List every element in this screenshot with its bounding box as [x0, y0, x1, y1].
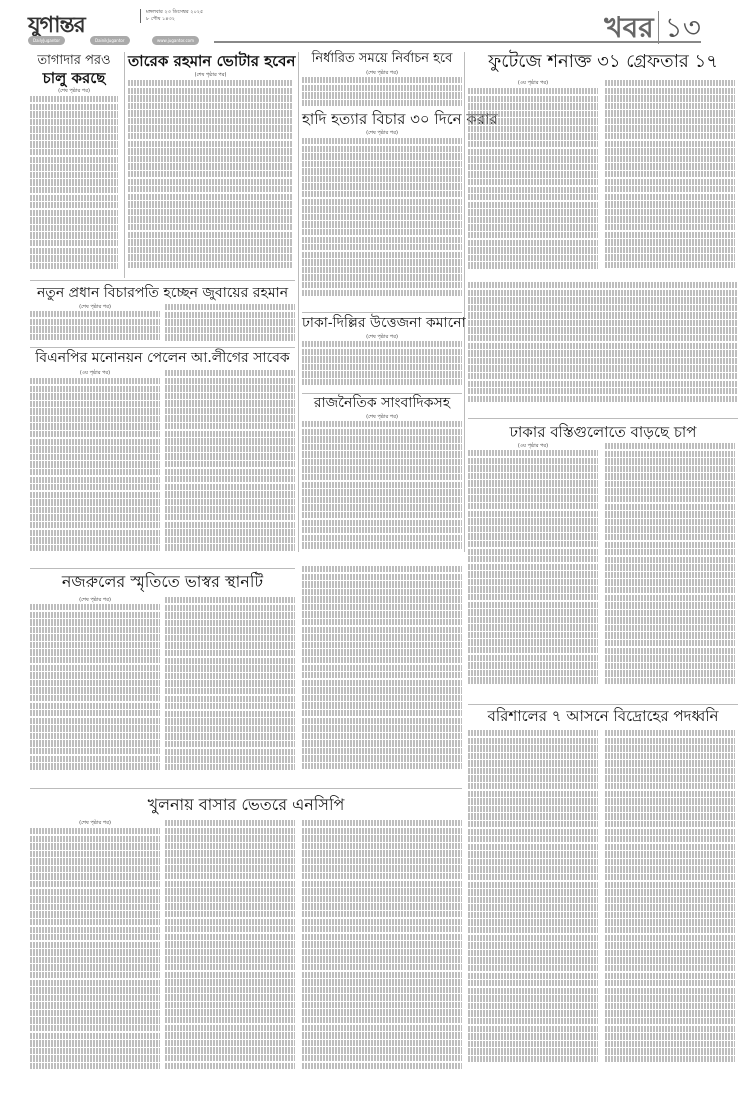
article-body — [30, 96, 118, 271]
headline-footage: ফুটেজে শনাক্ত ৩১ গ্রেফতার ১৭ — [468, 52, 738, 72]
article-body — [30, 311, 160, 343]
section-name: খবর — [604, 11, 653, 44]
headline-tagadar-2: চালু করছে — [30, 70, 118, 87]
headline-bicharpoti: নতুন প্রধান বিচারপতি হচ্ছেন জুবায়ের রহম… — [30, 286, 295, 301]
issue-date: মঙ্গলবার ২৩ ডিসেম্বর ২০২৫ ৮ পৌষ ১৪৩২ — [140, 9, 203, 23]
headline-nazrul: নজরুলের স্মৃতিতে ভাস্বর স্থানটি — [30, 573, 295, 591]
article-body — [302, 566, 462, 784]
column-divider — [124, 52, 125, 278]
article-body — [605, 80, 735, 276]
column-divider — [464, 52, 465, 552]
headline-barishal: বরিশালের ৭ আসনে বিদ্রোহের পদধ্বনি — [468, 708, 738, 725]
section-divider — [468, 418, 738, 419]
headline-khulna: খুলনায় বাসার ভেতরে এনসিপি — [30, 796, 462, 814]
article-body — [302, 341, 462, 391]
headline-bnp: বিএনপির মনোনয়ন পেলেন আ.লীগের সাবেক — [30, 351, 295, 366]
article-body — [302, 421, 462, 561]
article-body — [468, 730, 598, 1090]
section-header: খবর১৩ — [604, 6, 701, 53]
article-body — [165, 370, 295, 563]
headline-bosti: ঢাকার বস্তিগুলোতে বাড়ছে চাপ — [468, 424, 738, 441]
headline-tagadar: তাগাদার পরও — [30, 54, 118, 68]
article-body — [605, 730, 735, 1090]
continued-label: (৩য় পৃষ্ঠার পর) — [468, 80, 598, 88]
continued-label: (শেষ পৃষ্ঠার পর) — [30, 88, 118, 96]
article-body — [302, 820, 462, 1090]
date-gregorian: মঙ্গলবার ২৩ ডিসেম্বর ২০২৫ — [146, 9, 203, 16]
section-divider — [30, 280, 295, 281]
article-body — [468, 88, 598, 276]
date-bangla: ৮ পৌষ ১৪৩২ — [146, 16, 203, 23]
headline-hadi: হাদি হত্যার বিচার ৩০ দিনে করার — [302, 111, 462, 128]
continued-label: (৩য় পৃষ্ঠার পর) — [30, 370, 160, 378]
social-facebook[interactable]: DainikJugantor — [90, 36, 130, 45]
headline-nirbachon: নির্ধারিত সময়ে নির্বাচন হবে — [302, 52, 462, 66]
article-body — [165, 304, 295, 344]
article-body — [165, 597, 295, 784]
article-body — [128, 80, 293, 270]
headline-rajnoitik: রাজনৈতিক সাংবাদিকসহ — [302, 396, 462, 411]
continued-label: (শেষ পৃষ্ঠার পর) — [128, 72, 293, 80]
section-divider — [30, 788, 462, 789]
section-divider — [468, 704, 738, 705]
social-website[interactable]: www.jugantor.com — [152, 36, 199, 45]
article-body — [605, 443, 735, 700]
section-divider — [30, 347, 295, 348]
article-body — [30, 828, 160, 1090]
article-body — [468, 450, 598, 700]
section-divider — [30, 568, 295, 569]
article-body — [165, 820, 295, 1090]
section-divider — [302, 312, 462, 313]
column-divider — [298, 52, 299, 552]
headline-tarek: তারেক রহমান ভোটার হবেন — [128, 53, 293, 70]
continued-label: (শেষ পৃষ্ঠার পর) — [302, 130, 462, 138]
article-body — [302, 77, 462, 109]
article-body — [30, 378, 160, 563]
article-body — [302, 138, 462, 308]
headline-dhaka-delhi: ঢাকা-দিল্লির উত্তেজনা কমানো — [302, 316, 462, 331]
article-body — [30, 604, 160, 784]
continued-label: (শেষ পৃষ্ঠার পর) — [30, 820, 160, 828]
section-divider — [302, 393, 462, 394]
article-body — [468, 282, 738, 412]
social-twitter[interactable]: DailyJugantor — [28, 36, 65, 45]
page-number: ১৩ — [658, 11, 701, 44]
